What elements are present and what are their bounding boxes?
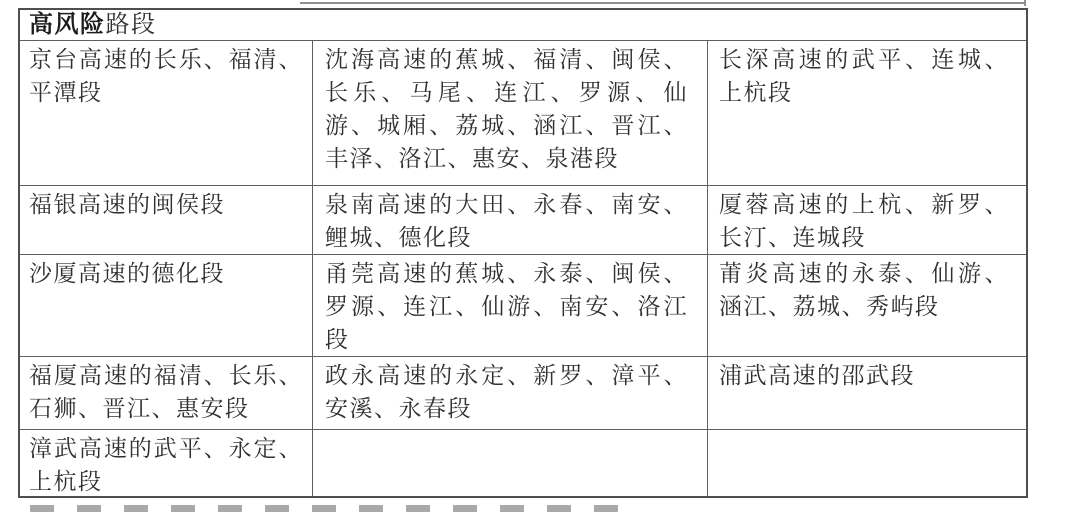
cutoff-corner-above (1024, 0, 1026, 6)
table-cell-r1c3: 长深高速的武平、连城、上杭段 (708, 41, 1026, 186)
table-cell-r5c3 (708, 430, 1026, 496)
table-cell-r3c1: 沙厦高速的德化段 (20, 255, 313, 357)
table-cell-r2c3: 厦蓉高速的上杭、新罗、长汀、连城段 (708, 186, 1026, 255)
table-title-normal: 路段 (106, 12, 157, 38)
page: 高风险路段 京台高速的长乐、福清、平潭段 沈海高速的蕉城、福清、闽侯、长乐、马尾… (0, 0, 1080, 512)
table-cell-r5c1: 漳武高速的武平、永定、上杭段 (20, 430, 313, 496)
table-cell-r4c3: 浦武高速的邵武段 (708, 357, 1026, 430)
table-cell-r2c1: 福银高速的闽侯段 (20, 186, 313, 255)
table-cell-r4c2: 政永高速的永定、新罗、漳平、安溪、永春段 (313, 357, 708, 430)
table-title-bold: 高风险 (29, 12, 106, 38)
high-risk-road-table: 高风险路段 京台高速的长乐、福清、平潭段 沈海高速的蕉城、福清、闽侯、长乐、马尾… (18, 8, 1028, 498)
table-cell-r3c3: 莆炎高速的永泰、仙游、涵江、荔城、秀屿段 (708, 255, 1026, 357)
table-cell-r3c2: 甬莞高速的蕉城、永泰、闽侯、罗源、连江、仙游、南安、洛江段 (313, 255, 708, 357)
table-cell-r1c2: 沈海高速的蕉城、福清、闽侯、长乐、马尾、连江、罗源、仙游、城厢、荔城、涵江、晋江… (313, 41, 708, 186)
table-header-row: 高风险路段 (20, 10, 1026, 41)
table-cell-r2c2: 泉南高速的大田、永春、南安、鲤城、德化段 (313, 186, 708, 255)
table-cell-r4c1: 福厦高速的福清、长乐、石狮、晋江、惠安段 (20, 357, 313, 430)
cutoff-content-above (300, 2, 1026, 4)
cutoff-content-below (30, 505, 622, 512)
table-cell-r1c1: 京台高速的长乐、福清、平潭段 (20, 41, 313, 186)
table-cell-r5c2 (313, 430, 708, 496)
